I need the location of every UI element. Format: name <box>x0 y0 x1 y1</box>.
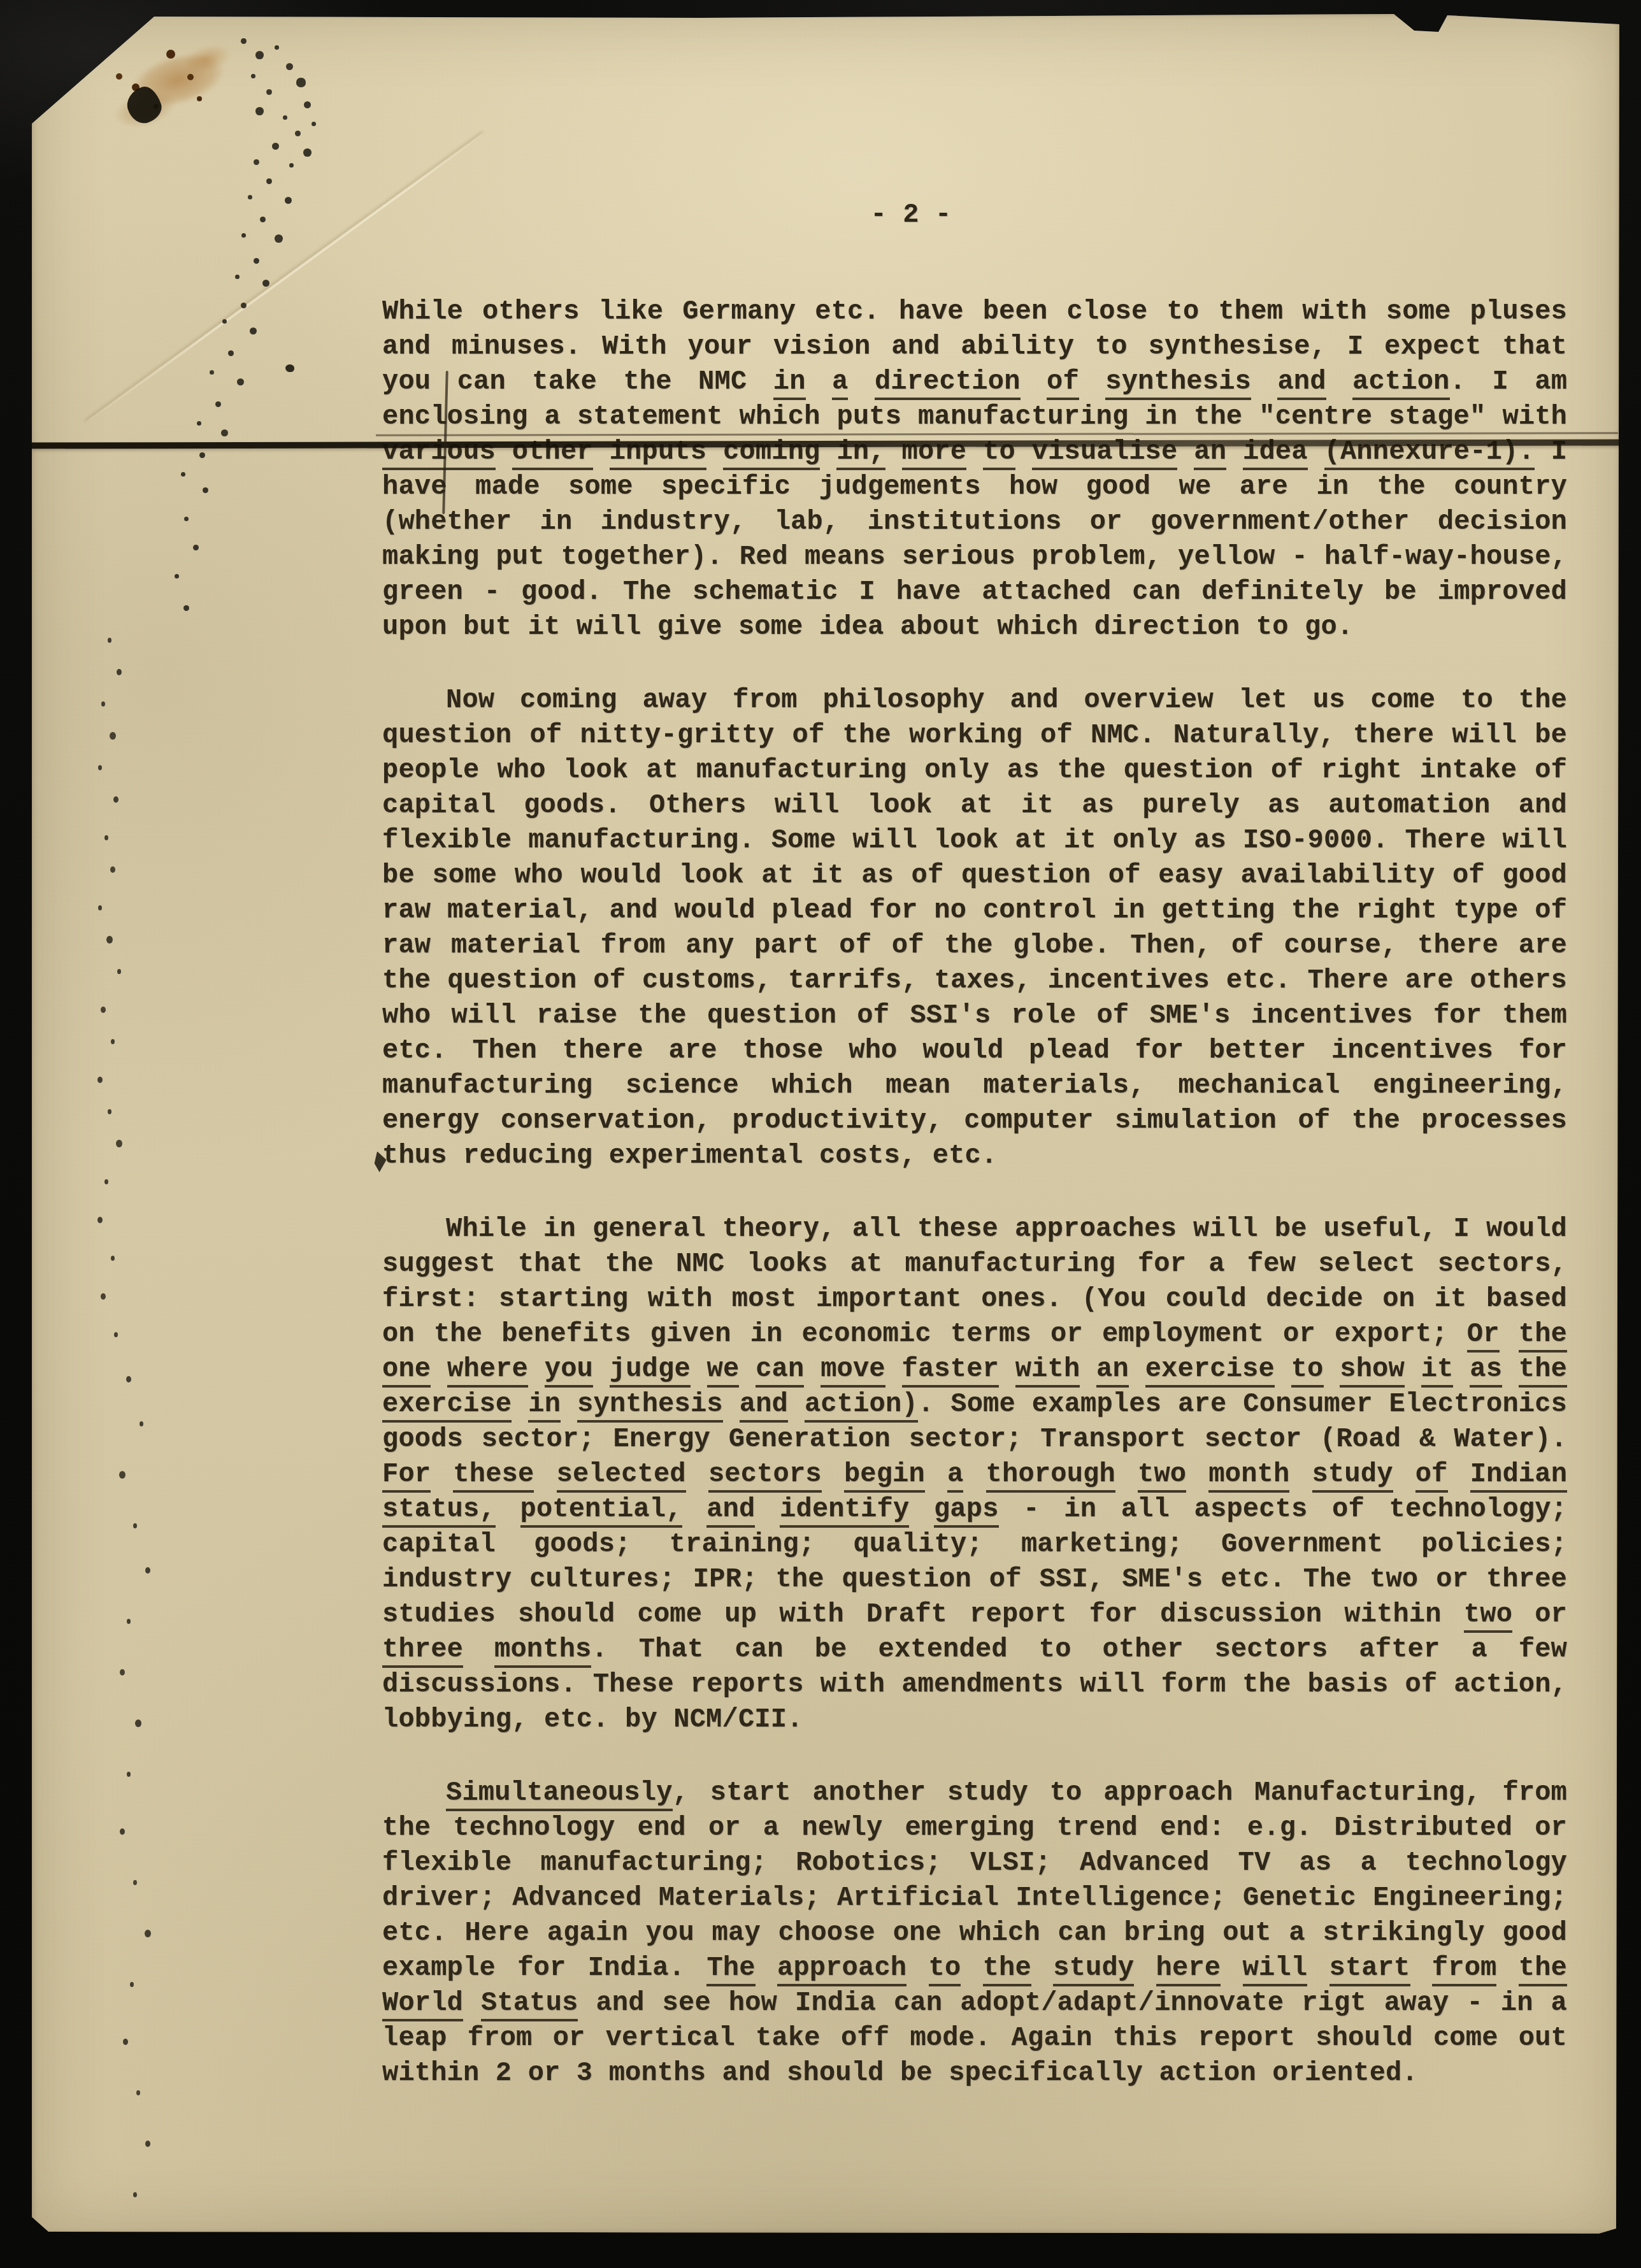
underlined-word: two <box>1464 1599 1512 1633</box>
underlined-word: move <box>820 1354 885 1388</box>
underlined-word: study <box>1312 1459 1393 1493</box>
underlined-word: exercise <box>1145 1354 1275 1388</box>
paragraph-1: While others like Germany etc. have been… <box>382 294 1567 645</box>
underlined-word: action <box>1352 366 1449 400</box>
underlined-word: sectors <box>708 1459 822 1493</box>
underlined-word: approach <box>777 1953 906 1986</box>
underlined-word: exercise <box>382 1389 512 1423</box>
paragraph-3: While in general theory, all these appro… <box>382 1212 1567 1737</box>
underlined-word: status, <box>382 1494 496 1528</box>
underlined-word: synthesis <box>1105 366 1251 400</box>
underlined-word: and <box>706 1494 755 1528</box>
underlined-word: and <box>1277 366 1326 400</box>
underlined-word: to <box>1291 1354 1324 1388</box>
underlined-word: selected <box>557 1459 686 1493</box>
underlined-word: of <box>1415 1459 1448 1493</box>
underlined-word: the <box>1519 1953 1567 1986</box>
underlined-word: gaps <box>934 1494 999 1528</box>
underlined-word: can <box>756 1354 804 1388</box>
underlined-word: two <box>1138 1459 1186 1493</box>
underlined-word: synthesis <box>577 1389 723 1423</box>
underlined-word: The <box>706 1953 755 1986</box>
underlined-word: start <box>1329 1953 1410 1986</box>
underlined-word: these <box>453 1459 534 1493</box>
underlined-word: action) <box>805 1389 918 1423</box>
underlined-word: the <box>983 1953 1031 1986</box>
underlined-word: and <box>740 1389 788 1423</box>
underlined-word: Or <box>1467 1319 1500 1353</box>
underlined-word: For <box>382 1459 431 1493</box>
underlined-word: we <box>707 1354 740 1388</box>
underlined-word: will <box>1243 1953 1308 1986</box>
underlined-word: to <box>929 1953 961 1986</box>
letter-body: While others like Germany etc. have been… <box>382 294 1567 2129</box>
underlined-word: an <box>1096 1354 1129 1388</box>
underlined-word: from <box>1432 1953 1497 1986</box>
margin-speck-trail <box>32 14 34 18</box>
underlined-word: here <box>1156 1953 1221 1986</box>
ink-smudge-specks <box>32 14 35 17</box>
underlined-word: you <box>545 1354 593 1388</box>
underlined-word: a <box>947 1459 963 1493</box>
underlined-word: as <box>1470 1354 1502 1388</box>
page-number: - 2 - <box>382 197 1440 233</box>
underlined-word: begin <box>844 1459 925 1493</box>
underlined-word: judge <box>610 1354 691 1388</box>
underlined-word: the <box>1519 1354 1567 1388</box>
underlined-word: World <box>382 1988 463 2021</box>
underlined-word: Status <box>481 1988 578 2021</box>
underlined-word: identify <box>780 1494 909 1528</box>
ink-dot <box>285 364 294 372</box>
underlined-word: it <box>1421 1354 1454 1388</box>
underlined-word: three <box>382 1634 463 1668</box>
paragraph-4: Simultaneously, start another study to a… <box>382 1776 1567 2091</box>
underlined-word: month <box>1208 1459 1289 1493</box>
underlined-word: direction <box>875 366 1021 400</box>
underlined-word: Simultaneously <box>446 1777 673 1811</box>
underlined-word: months <box>494 1634 591 1668</box>
underlined-word: show <box>1340 1354 1405 1388</box>
document-page: - 2 - While others like Germany etc. hav… <box>32 14 1619 2234</box>
underlined-word: one <box>382 1354 431 1388</box>
underlined-word: study <box>1053 1953 1134 1986</box>
underlined-word: in <box>528 1389 561 1423</box>
underlined-word: Indian <box>1470 1459 1567 1493</box>
underlined-word: a <box>832 366 848 400</box>
underlined-word: in <box>773 366 806 400</box>
underlined-word: with <box>1015 1354 1080 1388</box>
rust-stain-dots <box>32 14 36 18</box>
underlined-word: where <box>447 1354 528 1388</box>
underlined-word: faster <box>902 1354 999 1388</box>
rust-stain <box>90 26 254 146</box>
underlined-word: thorough <box>986 1459 1115 1493</box>
underlined-word: potential, <box>520 1494 682 1528</box>
paragraph-2: Now coming away from philosophy and over… <box>382 683 1567 1173</box>
underlined-word: of <box>1047 366 1079 400</box>
scanned-document: - 2 - While others like Germany etc. hav… <box>0 0 1641 2268</box>
underlined-word: the <box>1519 1319 1567 1353</box>
